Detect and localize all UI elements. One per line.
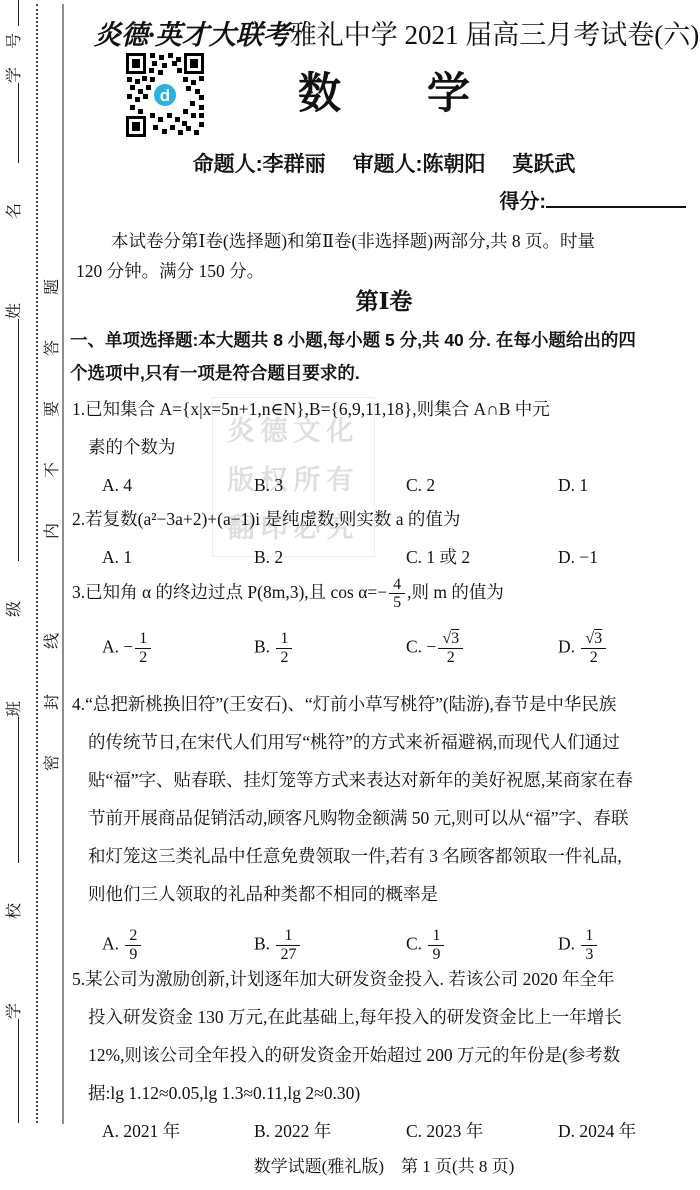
score-blank (546, 189, 686, 208)
question-3-text-pre: 3.已知角 α 的终边过点 P(8m,3),且 cos α=− (72, 582, 387, 602)
fraction: √32 (438, 630, 463, 667)
fraction: 19 (428, 927, 444, 964)
question-2: 2.若复数(a²−3a+2)+(a−1)i 是纯虚数,则实数 a 的值为 A. … (72, 500, 692, 576)
student-id-label: 学 号 (6, 26, 23, 83)
option-c: C. 19 (406, 927, 558, 964)
question-5: 5.某公司为激励创新,计划逐年加大研发资金投入. 若该公司 2020 年全年 投… (72, 960, 692, 1150)
question-5-text: 5.某公司为激励创新,计划逐年加大研发资金投入. 若该公司 2020 年全年 (72, 960, 692, 998)
option-d: D. √32 (558, 630, 608, 667)
score-label: 得分: (499, 191, 546, 213)
score-line: 得分: (78, 185, 686, 214)
question-5-options: A. 2021 年 B. 2022 年 C. 2023 年 D. 2024 年 (72, 1112, 692, 1150)
authors-line: 命题人:李群丽 审题人:陈朝阳 莫跃武 (78, 148, 690, 178)
option-d: D. 13 (558, 927, 599, 964)
intro-line: 120 分钟。满分 150 分。 (76, 256, 692, 286)
question-5-text: 投入研发资金 130 万元,在此基础上,每年投入的研发资金比上一年增长 (72, 998, 692, 1036)
option-b: B. 12 (254, 630, 406, 667)
fraction: 45 (389, 576, 405, 613)
question-3-options: A. −12 B. 12 C. −√32 D. √32 (72, 626, 692, 670)
option-b: B. 127 (254, 927, 406, 964)
exam-page: 学 校班 级姓 名学 号 密封线 内不要答题 炎德文化 版权所有 翻印必究 炎德… (0, 0, 700, 1190)
option-a: A. 2021 年 (102, 1112, 254, 1150)
option-a: A. −12 (102, 630, 254, 667)
write-in-blank (5, 1019, 19, 1123)
subject-title: 数 学 (78, 60, 690, 121)
fraction: 12 (276, 630, 292, 667)
seal-dotted-line (36, 4, 38, 1123)
student-id-blank (5, 0, 19, 26)
fraction: 29 (125, 927, 141, 964)
school-blank (5, 717, 19, 863)
seal-solid-line (62, 4, 64, 1124)
class-label: 班 级 (6, 561, 23, 717)
section1-line: 个选项中,只有一项是符合题目要求的. (70, 357, 692, 390)
question-4-text: 贴“福”字、贴春联、挂灯笼等方式来表达对新年的美好祝愿,某商家在春 (72, 761, 692, 799)
question-4-text: 和灯笼这三类礼品中任意免费领取一件,若有 3 名顾客都领取一件礼品, (72, 837, 692, 875)
part1-title: 第Ⅰ卷 (78, 283, 690, 316)
exam-intro: 本试卷分第Ⅰ卷(选择题)和第Ⅱ卷(非选择题)两部分,共 8 页。时量 120 分… (76, 226, 692, 286)
question-1-options: A. 4 B. 3 C. 2 D. 1 (72, 466, 692, 504)
option-a: A. 29 (102, 927, 254, 964)
class-blank (5, 319, 19, 561)
question-1-text: 素的个数为 (72, 428, 692, 466)
question-4-text: 的传统节日,在宋代人们用写“桃符”的方式来祈福避祸,而现代人们通过 (72, 723, 692, 761)
question-1-text: 1.已知集合 A={x|x=5n+1,n∈N},B={6,9,11,18},则集… (72, 390, 692, 428)
radical-sign: √ (442, 630, 451, 647)
seal-fields: 学 校班 级姓 名学 号 (2, 3, 28, 1123)
section1-heading: 一、单项选择题:本大题共 8 小题,每小题 5 分,共 40 分. 在每小题给出… (70, 324, 692, 390)
radical-sign: √ (585, 630, 594, 647)
intro-line: 本试卷分第Ⅰ卷(选择题)和第Ⅱ卷(非选择题)两部分,共 8 页。时量 (76, 226, 692, 256)
question-3-text-post: ,则 m 的值为 (407, 582, 504, 602)
question-5-text: 12%,则该公司全年投入的研发资金开始超过 200 万元的年份是(参考数 (72, 1036, 692, 1074)
option-c: C. 2 (406, 466, 558, 504)
option-a: A. 4 (102, 466, 254, 504)
name-blank (5, 83, 19, 163)
question-3-text: 3.已知角 α 的终边过点 P(8m,3),且 cos α=−45,则 m 的值… (72, 568, 692, 616)
question-4-text: 则他们三人领取的礼品种类都不相同的概率是 (72, 875, 692, 913)
header-title: 炎德·英才大联考雅礼中学 2021 届高三月考试卷(六) (94, 13, 694, 52)
option-c: C. 2023 年 (406, 1112, 558, 1150)
option-b: B. 3 (254, 466, 406, 504)
exam-title: 雅礼中学 2021 届高三月考试卷(六) (290, 20, 699, 50)
option-c: C. −√32 (406, 630, 558, 667)
school-label: 学 校 (6, 863, 23, 1019)
option-b: B. 2022 年 (254, 1112, 406, 1150)
brand-name: 炎德·英才大联考 (94, 20, 290, 50)
question-3: 3.已知角 α 的终边过点 P(8m,3),且 cos α=−45,则 m 的值… (72, 568, 692, 670)
name-label: 姓 名 (6, 163, 23, 319)
option-d: D. 1 (558, 466, 588, 504)
question-1: 1.已知集合 A={x|x=5n+1,n∈N},B={6,9,11,18},则集… (72, 390, 692, 504)
question-4-text: 4.“总把新桃换旧符”(王安石)、“灯前小草写桃符”(陆游),春节是中华民族 (72, 685, 692, 723)
option-d: D. 2024 年 (558, 1112, 636, 1150)
fraction: 127 (276, 927, 300, 964)
page-footer: 数学试题(雅礼版) 第 1 页(共 8 页) (78, 1152, 690, 1177)
fraction: 13 (581, 927, 597, 964)
fraction: √32 (581, 630, 606, 667)
question-2-text: 2.若复数(a²−3a+2)+(a−1)i 是纯虚数,则实数 a 的值为 (72, 500, 692, 538)
question-4-text: 节前开展商品促销活动,顾客凡购物金额满 50 元,则可以从“福”字、春联 (72, 799, 692, 837)
section1-line: 一、单项选择题:本大题共 8 小题,每小题 5 分,共 40 分. 在每小题给出… (70, 324, 692, 357)
question-4: 4.“总把新桃换旧符”(王安石)、“灯前小草写桃符”(陆游),春节是中华民族 的… (72, 685, 692, 967)
question-5-text: 据:lg 1.12≈0.05,lg 1.3≈0.11,lg 2≈0.30) (72, 1074, 692, 1112)
fraction: 12 (135, 630, 151, 667)
